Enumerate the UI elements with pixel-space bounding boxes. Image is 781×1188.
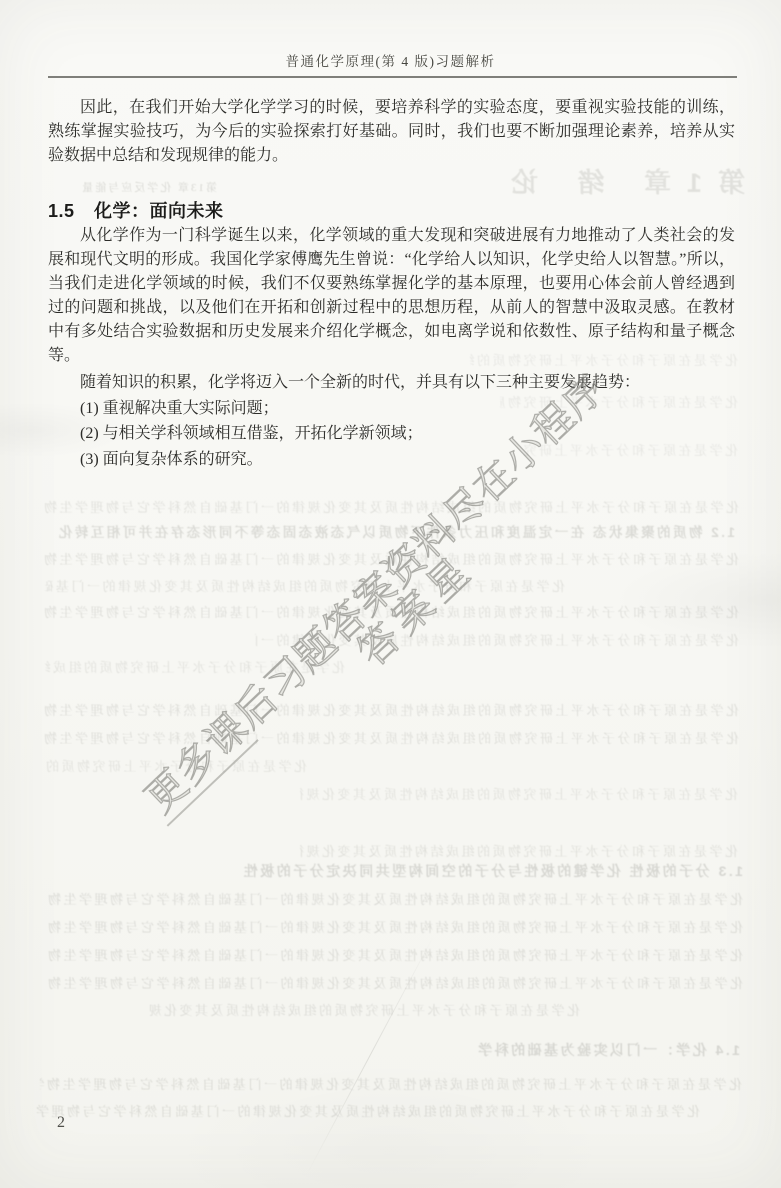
bleedthrough-text-row: 1.2 物质的聚集状态 在一定温度和压力条件下物质以气态液态固态等不同形态存在并… bbox=[45, 521, 735, 541]
bleedthrough-text-row: 化学是在原子和分子水平上研究物质的组成结构性质及其变化规律的一门基础自然科学它与… bbox=[255, 630, 739, 649]
scanned-book-page: 普通化学原理(第 4 版)习题解析 第1章 绪 论第13章 化学反应与能量化学是… bbox=[0, 0, 781, 1188]
section-title: 化学：面向未来 bbox=[94, 201, 224, 221]
bleedthrough-text-row: 化学是在原子和分子水平上研究物质的组成结构性质及其变化规律的一门基础自然科学它与… bbox=[35, 1101, 700, 1120]
bleedthrough-text-row: 1.4 化学：一门以实验为基础的科学 bbox=[320, 1040, 740, 1060]
bleedthrough-text-row: 化学是在原子和分子水平上研究物质的组成结构性质及其变化规律的一门基础自然科学它与… bbox=[45, 657, 345, 676]
running-header: 普通化学原理(第 4 版)习题解析 bbox=[0, 50, 781, 70]
page-crease bbox=[306, 936, 434, 1175]
trend-item-1: (1) 重视解决重大实际问题； bbox=[48, 396, 735, 422]
header-rule bbox=[48, 76, 737, 78]
trend-item-3: (3) 面向复杂体系的研究。 bbox=[48, 447, 735, 473]
watermark-text-brand: 答案星 bbox=[343, 539, 485, 677]
trend-item-2: (2) 与相关学科领域相互借鉴，开拓化学新领域； bbox=[48, 421, 735, 447]
section-number: 1.5 bbox=[48, 201, 75, 221]
bleedthrough-text-row: 化学是在原子和分子水平上研究物质的组成结构性质及其变化规律的一门基础自然科学它与… bbox=[300, 784, 738, 803]
section-paragraph-1: 从化学作为一门科学诞生以来，化学领域的重大发现和突破进展有力地推动了人类社会的发… bbox=[48, 224, 735, 368]
bleedthrough-text-row: 化学是在原子和分子水平上研究物质的组成结构性质及其变化规律的一门基础自然科学它与… bbox=[45, 917, 743, 936]
intro-paragraph: 因此，在我们开始大学化学学习的时候，要培养科学的实验态度，要重视实验技能的训练，… bbox=[48, 96, 735, 168]
bleedthrough-text-row: 化学是在原子和分子水平上研究物质的组成结构性质及其变化规律的一门基础自然科学它与… bbox=[45, 945, 743, 964]
bleedthrough-text-row: 化学是在原子和分子水平上研究物质的组成结构性质及其变化规律的一门基础自然科学它与… bbox=[45, 700, 739, 719]
section-heading: 1.5 化学：面向未来 bbox=[48, 198, 735, 224]
bleedthrough-text-row: 化学是在原子和分子水平上研究物质的组成结构性质及其变化规律的一门基础自然科学它与… bbox=[300, 841, 738, 860]
bleedthrough-text-row: 化学是在原子和分子水平上研究物质的组成结构性质及其变化规律的一门基础自然科学它与… bbox=[45, 602, 739, 621]
bleedthrough-text-row: 化学是在原子和分子水平上研究物质的组成结构性质及其变化规律的一门基础自然科学它与… bbox=[45, 728, 739, 747]
bleedthrough-text-row: 化学是在原子和分子水平上研究物质的组成结构性质及其变化规律的一门基础自然科学它与… bbox=[40, 1074, 742, 1093]
bleedthrough-text-row: 化学是在原子和分子水平上研究物质的组成结构性质及其变化规律的一门基础自然科学它与… bbox=[45, 497, 739, 516]
page-content: 因此，在我们开始大学化学学习的时候，要培养科学的实验态度，要重视实验技能的训练，… bbox=[48, 96, 735, 472]
bleedthrough-text-row: 化学是在原子和分子水平上研究物质的组成结构性质及其变化规律的一门基础自然科学它与… bbox=[45, 973, 743, 992]
bleedthrough-text-row: 化学是在原子和分子水平上研究物质的组成结构性质及其变化规律的一门基础自然科学它与… bbox=[45, 756, 307, 775]
page-number: 2 bbox=[57, 1114, 65, 1132]
bleedthrough-text-row: 化学是在原子和分子水平上研究物质的组成结构性质及其变化规律的一门基础自然科学它与… bbox=[45, 576, 565, 595]
section-paragraph-2: 随着知识的积累，化学将迈入一个全新的时代，并具有以下三种主要发展趋势： bbox=[48, 370, 735, 396]
trend-list: (1) 重视解决重大实际问题； (2) 与相关学科领域相互借鉴，开拓化学新领域；… bbox=[48, 396, 735, 473]
watermark-underline bbox=[167, 739, 259, 826]
bleedthrough-text-row: 化学是在原子和分子水平上研究物质的组成结构性质及其变化规律的一门基础自然科学它与… bbox=[45, 889, 743, 908]
bleedthrough-text-row: 1.3 分子的极性 化学键的极性与分子的空间构型共同决定分子的极性 bbox=[45, 861, 743, 881]
bleedthrough-text-row: 化学是在原子和分子水平上研究物质的组成结构性质及其变化规律的一门基础自然科学它与… bbox=[150, 1000, 580, 1019]
bleedthrough-text-row: 化学是在原子和分子水平上研究物质的组成结构性质及其变化规律的一门基础自然科学它与… bbox=[45, 549, 739, 568]
